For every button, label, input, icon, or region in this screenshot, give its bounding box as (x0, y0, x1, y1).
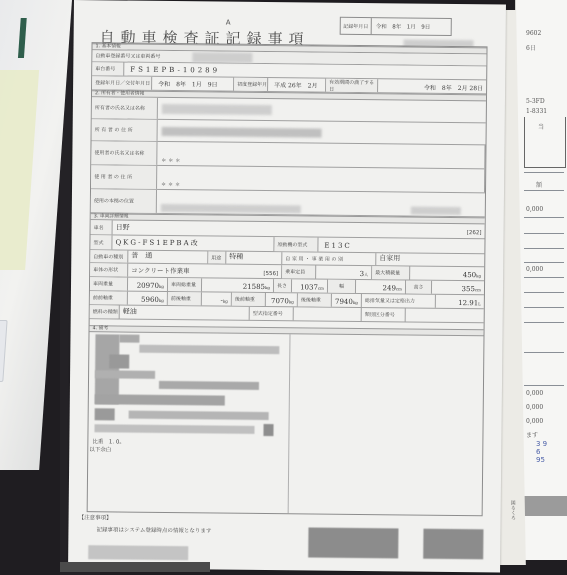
capacity-label: 乗車定員 (282, 265, 316, 278)
use-value: 特種 (229, 252, 243, 262)
user-name-cell (157, 142, 485, 168)
bg-text: 額 (536, 180, 542, 189)
notes-title: 【注意事項】 (79, 513, 112, 521)
maker-label: 車名 (91, 220, 113, 234)
first-reg-value: 平成 26年 2月 (274, 80, 317, 89)
fuel-label: 燃料の種類 (90, 305, 120, 318)
ff-axle-cell: 5960kg (128, 292, 168, 305)
width-cell: 249cm (356, 280, 406, 294)
body-code: [556] (263, 271, 278, 277)
bg-text: 1-8331 (526, 108, 547, 115)
kind-value: 普 通 (131, 251, 152, 261)
kind-label: 自動車の種別 (90, 250, 128, 262)
fuel-row: 燃料の種類 軽油 型式指定番号 類別区分番号 (90, 305, 484, 323)
expiry-value: 令和 8年 2月 28日 (424, 83, 483, 93)
class-label: 類別区分番号 (362, 308, 406, 321)
max-load-value: 450kg (463, 271, 481, 279)
length-value: 1037cm (300, 283, 324, 291)
first-reg-cell: 平成 26年 2月 (268, 78, 326, 92)
bg-text: 9602 (526, 30, 541, 37)
user-name-value: ＊＊＊ (161, 157, 182, 164)
redacted-stamp (423, 529, 483, 560)
user-address-label: 使 用 者 の 住 所 (91, 165, 157, 189)
weight-value: 20970kg (137, 282, 164, 290)
ff-axle-value: 5960kg (141, 296, 164, 304)
type-cert-label: 型式指定番号 (250, 307, 294, 320)
chassis-label: 車台番号 (92, 62, 124, 75)
displacement-label: 総排気量又は定格出力 (362, 294, 436, 308)
width-label: 幅 (328, 280, 356, 293)
weight-label: 車両重量 (90, 277, 128, 290)
fr-axle-value: -kg (220, 297, 227, 305)
rf-axle-cell: 7070kg (266, 293, 298, 306)
capacity-cell: 3人 (316, 266, 372, 280)
bg-text: 6日 (526, 43, 536, 52)
rr-axle-cell: 7940kg (332, 294, 362, 307)
record-date-label: 記録年月日 (341, 18, 372, 34)
bg-text: 当 (538, 122, 544, 131)
height-label: 高さ (406, 280, 432, 293)
fuel-cell: 軽油 (120, 305, 250, 319)
record-date-value: 令和 8年 1月 9日 (372, 18, 451, 35)
user-address-cell (157, 166, 485, 192)
body-label: 車体の形状 (90, 263, 128, 276)
rf-axle-value: 7070kg (271, 297, 294, 305)
rr-axle-value: 7940kg (335, 298, 358, 306)
handwriting: 3 9 6 95 (536, 440, 547, 464)
folder-tab (18, 18, 27, 58)
folder-pattern (0, 70, 39, 270)
purpose-cell: 自家用 (376, 253, 484, 266)
chassis-value: FS1EPB-10289 (130, 66, 220, 75)
remarks-end: 以下余白 (89, 445, 111, 453)
record-date-box: 記録年月日 令和 8年 1月 9日 (340, 17, 452, 36)
notes-body: 記録事項はシステム登録時点の情報となります (96, 525, 211, 534)
engine-cell: E13C (318, 238, 484, 254)
bg-text: 0,000 (526, 206, 543, 213)
body-cell: コンクリート作業車 [556] (128, 264, 282, 279)
model-cell: QKG-FS1EPBA改 (112, 235, 274, 251)
use-cell: 特種 (226, 252, 282, 265)
owner-name-label: 所有者の氏名又は名称 (92, 97, 158, 119)
reg-date-value: 令和 8年 1月 9日 (158, 79, 218, 89)
height-cell: 355cm (432, 281, 484, 295)
model-label: 型式 (90, 235, 112, 249)
owner-address-label: 所 有 者 の 住 所 (92, 119, 158, 141)
first-reg-label: 初度登録年月 (234, 78, 268, 91)
fuel-value: 軽油 (123, 307, 137, 317)
displacement-cell: 12.91L (436, 295, 484, 309)
bg-text: ます (526, 430, 538, 439)
gross-label: 車両総重量 (168, 278, 202, 291)
gross-value: 21585kg (243, 283, 270, 291)
certificate-table: 1. 基本情報 自動車登録番号又は車両番号 車台番号 FS1EPB-10289 … (87, 42, 488, 516)
width-value: 249cm (383, 284, 403, 292)
bg-text: 0,000 (526, 404, 543, 411)
body-value: コンクリート作業車 (131, 266, 189, 276)
user-address-value: ＊＊＊ (161, 181, 182, 188)
height-value: 355cm (462, 285, 482, 293)
maker-value: 日野 (116, 222, 130, 232)
maker-code: [262] (467, 230, 482, 236)
rr-axle-label: 後後軸重 (298, 293, 332, 306)
length-label: 長さ (274, 279, 292, 292)
bg-text: 5-3FD (526, 98, 545, 105)
class-cell (406, 308, 484, 322)
inspection-certificate: A 自動車検査証記録事項 記録年月日 令和 8年 1月 9日 1. 基本情報 自… (68, 0, 506, 572)
expiry-cell: 令和 8年 2月 28日 (378, 79, 486, 93)
weight-cell: 20970kg (128, 278, 168, 291)
kind-cell: 普 通 (128, 251, 208, 264)
displacement-value: 12.91L (458, 299, 481, 307)
reg-date-cell: 令和 8年 1月 9日 (152, 77, 234, 91)
use-label: 用途 (208, 251, 226, 263)
bg-text: 0,000 (526, 418, 543, 425)
reg-date-label: 登録年月日／交付年月日 (92, 76, 152, 90)
bg-box (524, 117, 566, 168)
fr-axle-label: 前後軸重 (168, 292, 202, 305)
bg-text: 0,000 (526, 390, 543, 397)
length-cell: 1037cm (292, 279, 328, 292)
user-name-label: 使用者の氏名又は名称 (91, 141, 157, 165)
purpose-value: 自家用 (379, 253, 400, 263)
corner-mark: A (226, 19, 231, 27)
gross-cell: 21585kg (202, 278, 274, 292)
spine-text: 図るくろ (510, 500, 517, 520)
bottom-shadow (60, 562, 210, 572)
bg-text: 0,000 (526, 266, 543, 273)
model-value: QKG-FS1EPBA改 (115, 237, 199, 248)
remarks-area: 比重 1. 0。 以下余白 (88, 332, 484, 515)
max-load-cell: 450kg (410, 267, 484, 281)
max-load-label: 最大積載量 (372, 266, 410, 279)
fr-axle-cell: -kg (202, 292, 232, 305)
ff-axle-label: 前前軸重 (90, 291, 128, 304)
redacted-footer (88, 545, 188, 560)
engine-label: 原動機の型式 (274, 237, 318, 251)
type-cert-cell (294, 307, 362, 321)
engine-value: E13C (324, 242, 351, 250)
expiry-label: 有効期間の満了する日 (326, 79, 378, 93)
plastic-card (0, 320, 8, 382)
redacted-stamp (308, 527, 398, 558)
base-location-label: 使用の本拠の位置 (91, 189, 157, 213)
capacity-value: 3人 (360, 270, 369, 278)
rf-axle-label: 後前軸重 (232, 293, 266, 306)
purpose-label: 自 家 用 ・ 事 業 用 の 別 (282, 252, 376, 265)
